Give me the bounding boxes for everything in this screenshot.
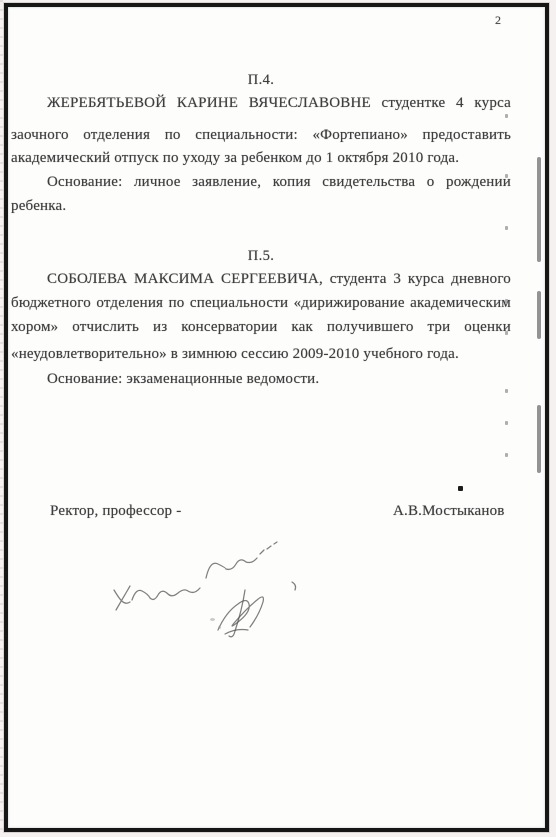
scan-edge-dither — [0, 0, 3, 837]
signatory-title: Ректор, профессор - — [50, 503, 181, 520]
handwritten-signature — [106, 538, 316, 650]
paragraph-line: Основание: экзаменационные ведомости. — [11, 370, 511, 388]
paragraph-line: Основание: личное заявление, копия свиде… — [11, 173, 511, 191]
scan-artifact — [537, 157, 541, 262]
scan-artifact — [505, 299, 508, 303]
scanned-document: { "page": { "number": "2" }, "doc": { "s… — [0, 0, 556, 837]
scan-artifact — [505, 114, 508, 118]
scan-artifact — [505, 331, 508, 335]
paragraph-line: «неудовлетворительно» в зимнюю сессию 20… — [11, 345, 511, 363]
page-number: 2 — [495, 13, 501, 28]
scan-artifact — [210, 618, 215, 621]
paragraph-line: бюджетного отделения по специальности «д… — [11, 294, 511, 312]
scan-artifact — [218, 626, 221, 629]
paragraph-line: академический отпуск по уходу за ребенко… — [11, 149, 511, 167]
section-heading-p4: П.4. — [11, 72, 511, 89]
scan-artifact — [505, 226, 508, 230]
scan-artifact — [537, 405, 541, 473]
scan-artifact — [537, 291, 541, 339]
scan-artifact — [505, 453, 508, 457]
paragraph-line: заочного отделения по специальности: «Фо… — [11, 126, 511, 144]
signatory-name: А.В.Мостыканов — [393, 503, 505, 520]
paragraph-line: СОБОЛЕВА МАКСИМА СЕРГЕЕВИЧА, студента 3 … — [11, 270, 511, 288]
scan-artifact — [505, 421, 508, 425]
scan-artifact — [505, 389, 508, 393]
scan-artifact — [505, 174, 508, 178]
paragraph-line: ребенка. — [11, 197, 511, 215]
document-page: 2 П.4. ЖЕРЕБЯТЬЕВОЙ КАРИНЕ ВЯЧЕСЛАВОВНЕ … — [4, 3, 549, 832]
paragraph-line: хором» отчислить из консерватории как по… — [11, 318, 511, 336]
section-heading-p5: П.5. — [11, 248, 511, 265]
paragraph-line: ЖЕРЕБЯТЬЕВОЙ КАРИНЕ ВЯЧЕСЛАВОВНЕ студент… — [11, 94, 511, 112]
ink-dot-artifact — [458, 486, 463, 491]
